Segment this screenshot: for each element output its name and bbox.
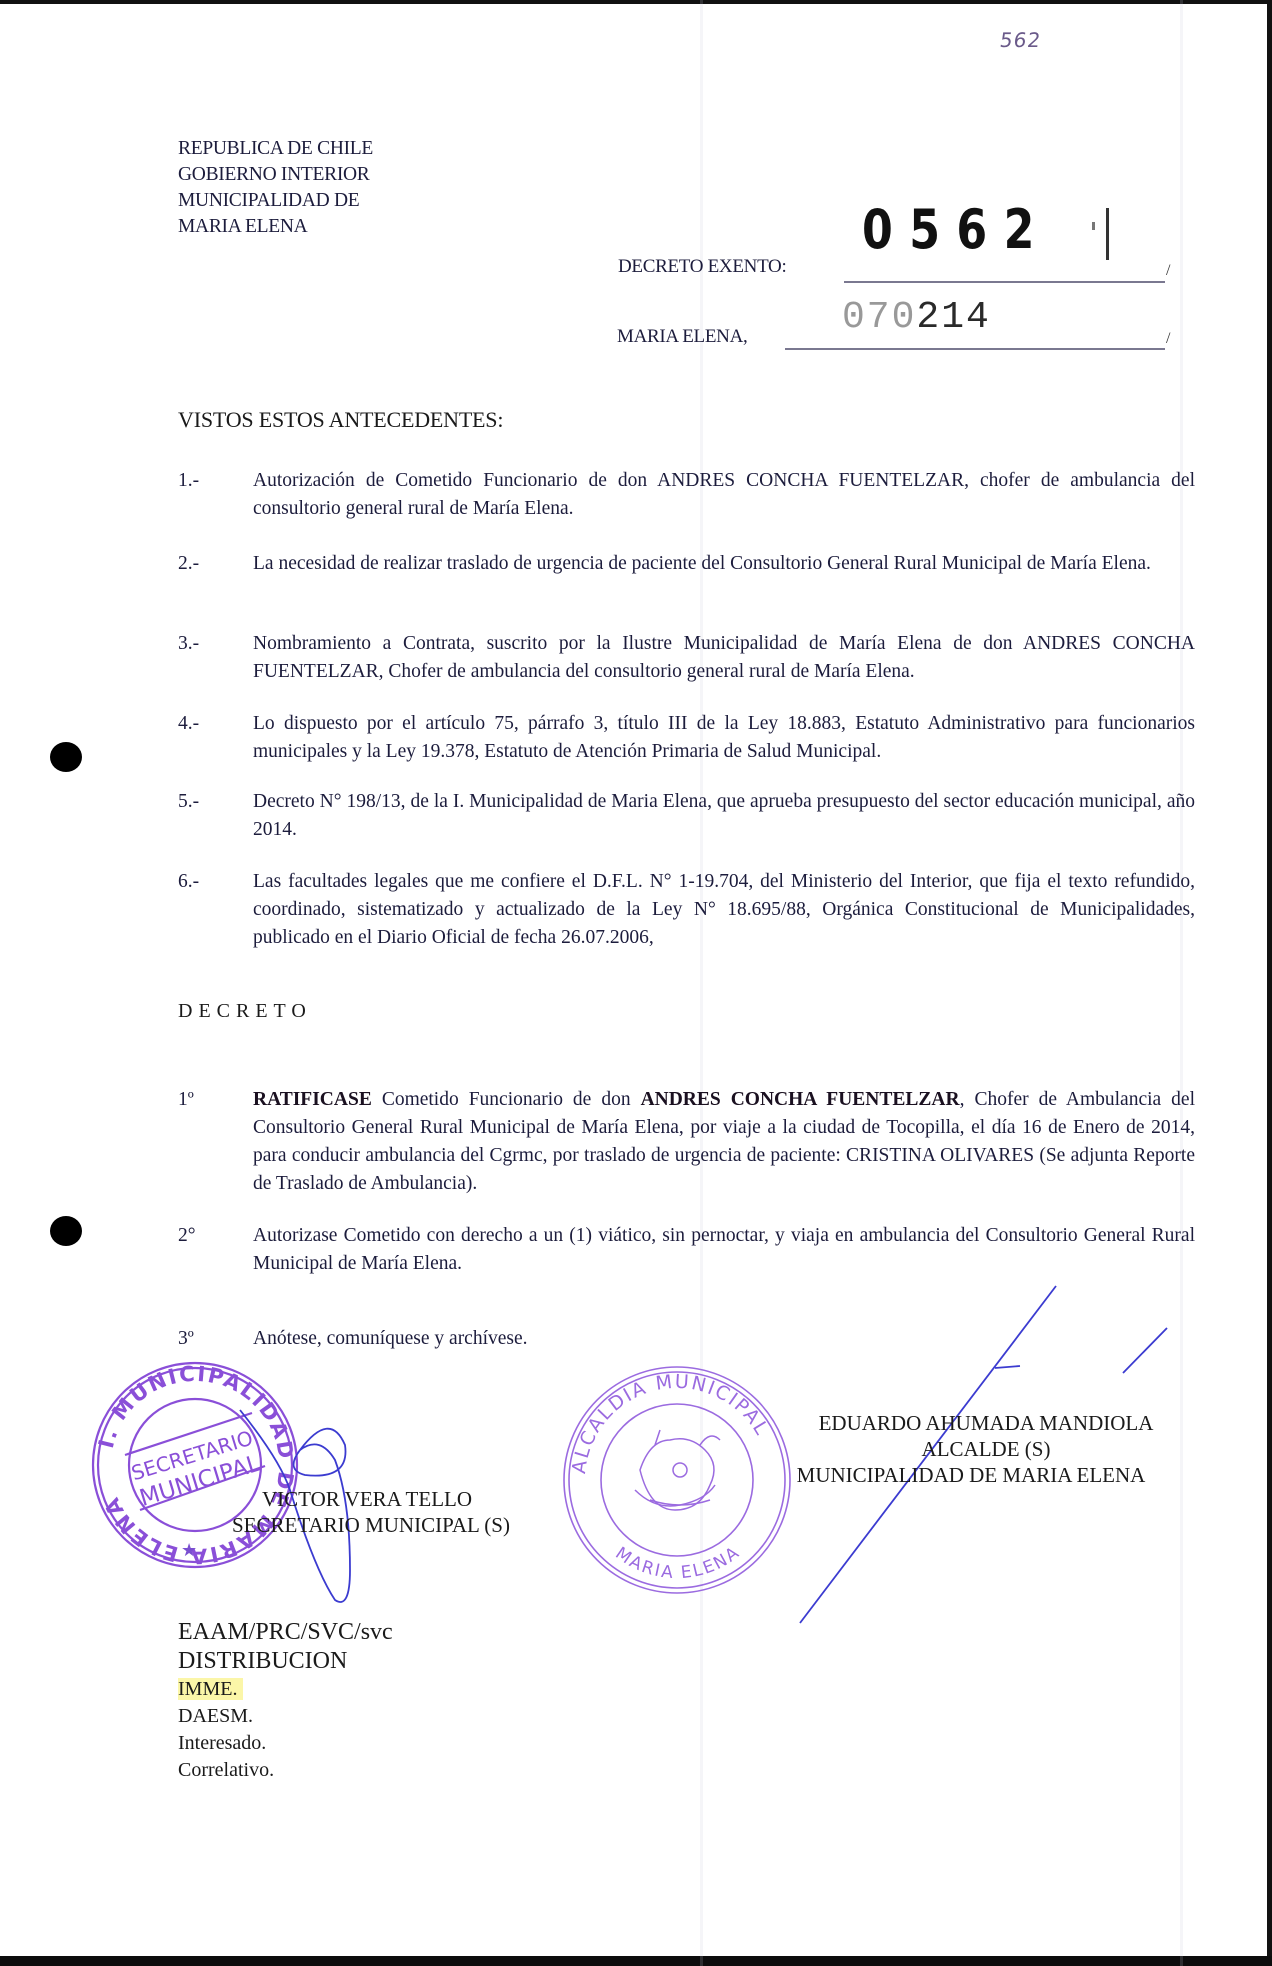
employee-name: ANDRES CONCHA FUENTELZAR <box>641 1089 960 1110</box>
item-text: Decreto N° 198/13, de la I. Municipalida… <box>253 788 1195 844</box>
mayor-organization: MUNICIPALIDAD DE MARIA ELENA <box>758 1462 1184 1488</box>
antecedent-item: 5.- Decreto N° 198/13, de la I. Municipa… <box>178 788 1195 844</box>
resolution-item: 3º Anótese, comuníquese y archívese. <box>178 1325 1195 1353</box>
item-number: 6.- <box>178 868 199 896</box>
scan-bottom-edge <box>0 1956 1272 1966</box>
date-stamp-dark-part: 214 <box>916 296 990 339</box>
scan-streak <box>700 0 703 1966</box>
mayor-signature-block: EDUARDO AHUMADA MANDIOLA ALCALDE (S) MUN… <box>788 1410 1184 1488</box>
item-text: Nombramiento a Contrata, suscrito por la… <box>253 630 1195 686</box>
letterhead-line: GOBIERNO INTERIOR <box>178 162 373 188</box>
place-label: MARIA ELENA, <box>617 326 747 348</box>
svg-text:SECRETARIO: SECRETARIO <box>128 1426 255 1486</box>
stamp-bracket-mark <box>1098 208 1109 260</box>
secretary-signature-block: VICTOR VERA TELLO SECRETARIO MUNICIPAL (… <box>232 1486 510 1538</box>
decree-number-underline <box>844 281 1165 283</box>
item-text: Las facultades legales que me confiere e… <box>253 868 1195 952</box>
text-fragment: Cometido Funcionario de don <box>372 1089 641 1110</box>
item-text: Anótese, comuníquese y archívese. <box>253 1325 1195 1353</box>
letterhead-line: MUNICIPALIDAD DE <box>178 188 373 214</box>
punch-hole <box>50 1216 82 1246</box>
item-number: 2° <box>178 1222 196 1250</box>
distribution-recipient: DAESM. <box>178 1703 393 1730</box>
antecedent-item: 4.- Lo dispuesto por el artículo 75, pár… <box>178 710 1195 766</box>
item-number: 5.- <box>178 788 199 816</box>
antecedent-item: 2.- La necesidad de realizar traslado de… <box>178 550 1195 578</box>
item-number: 3.- <box>178 630 199 658</box>
antecedent-item: 6.- Las facultades legales que me confie… <box>178 868 1195 952</box>
scan-streak <box>1180 0 1183 1966</box>
date-underline <box>785 348 1165 350</box>
secretary-name: VICTOR VERA TELLO <box>232 1486 510 1512</box>
item-text: Autorizase Cometido con derecho a un (1)… <box>253 1222 1195 1278</box>
item-text: Autorización de Cometido Funcionario de … <box>253 467 1195 523</box>
distribution-title: DISTRIBUCION <box>178 1647 393 1676</box>
secretary-title: SECRETARIO MUNICIPAL (S) <box>232 1512 510 1538</box>
stamp-tick-mark <box>1092 222 1095 230</box>
decree-label: DECRETO EXENTO: <box>618 256 786 278</box>
resolution-item: 2° Autorizase Cometido con derecho a un … <box>178 1222 1195 1278</box>
item-text: RATIFICASE Cometido Funcionario de don A… <box>253 1086 1195 1198</box>
date-stamp: 070214 <box>842 296 991 339</box>
punch-hole <box>50 742 82 772</box>
scan-top-edge <box>0 0 1272 4</box>
coat-of-arms-icon <box>635 1430 720 1510</box>
svg-text:MARIA ELENA: MARIA ELENA <box>611 1542 744 1583</box>
item-number: 1.- <box>178 467 199 495</box>
resolution-item: 1º RATIFICASE Cometido Funcionario de do… <box>178 1086 1195 1198</box>
handwritten-page-number: 562 <box>998 28 1043 52</box>
item-number: 2.- <box>178 550 199 578</box>
slash: / <box>1166 330 1170 348</box>
scan-right-edge <box>1267 0 1272 1966</box>
ratificase-keyword: RATIFICASE <box>253 1089 372 1110</box>
item-number: 3º <box>178 1325 194 1353</box>
vistos-title: VISTOS ESTOS ANTECEDENTES: <box>178 407 503 433</box>
decree-number: 0562 <box>862 198 1051 261</box>
letterhead-line: MARIA ELENA <box>178 214 373 240</box>
mayor-name: EDUARDO AHUMADA MANDIOLA <box>788 1410 1184 1436</box>
item-number: 4.- <box>178 710 199 738</box>
distribution-recipient: Interesado. <box>178 1730 393 1757</box>
antecedent-item: 1.- Autorización de Cometido Funcionario… <box>178 467 1195 523</box>
item-text: La necesidad de realizar traslado de urg… <box>253 550 1195 578</box>
item-number: 1º <box>178 1086 194 1114</box>
svg-text:ALCALDIA MUNICIPAL: ALCALDIA MUNICIPAL <box>568 1371 773 1475</box>
antecedent-item: 3.- Nombramiento a Contrata, suscrito po… <box>178 630 1195 686</box>
letterhead-line: REPUBLICA DE CHILE <box>178 136 373 162</box>
item-text: Lo dispuesto por el artículo 75, párrafo… <box>253 710 1195 766</box>
distribution-block: EAAM/PRC/SVC/svc DISTRIBUCION IMME. DAES… <box>178 1618 393 1784</box>
slash: / <box>1166 262 1170 280</box>
mayor-stamp: ALCALDIA MUNICIPAL MARIA ELENA <box>564 1367 790 1593</box>
mayor-title: ALCALDE (S) <box>788 1436 1184 1462</box>
letterhead: REPUBLICA DE CHILE GOBIERNO INTERIOR MUN… <box>178 136 373 240</box>
decreto-title: DECRETO <box>178 1000 312 1023</box>
distribution-recipient-highlighted: IMME. <box>178 1678 243 1700</box>
distribution-recipient: Correlativo. <box>178 1757 393 1784</box>
date-stamp-faint-part: 070 <box>842 296 916 339</box>
star-icon: ★ <box>181 1540 197 1560</box>
reference-initials: EAAM/PRC/SVC/svc <box>178 1618 393 1647</box>
